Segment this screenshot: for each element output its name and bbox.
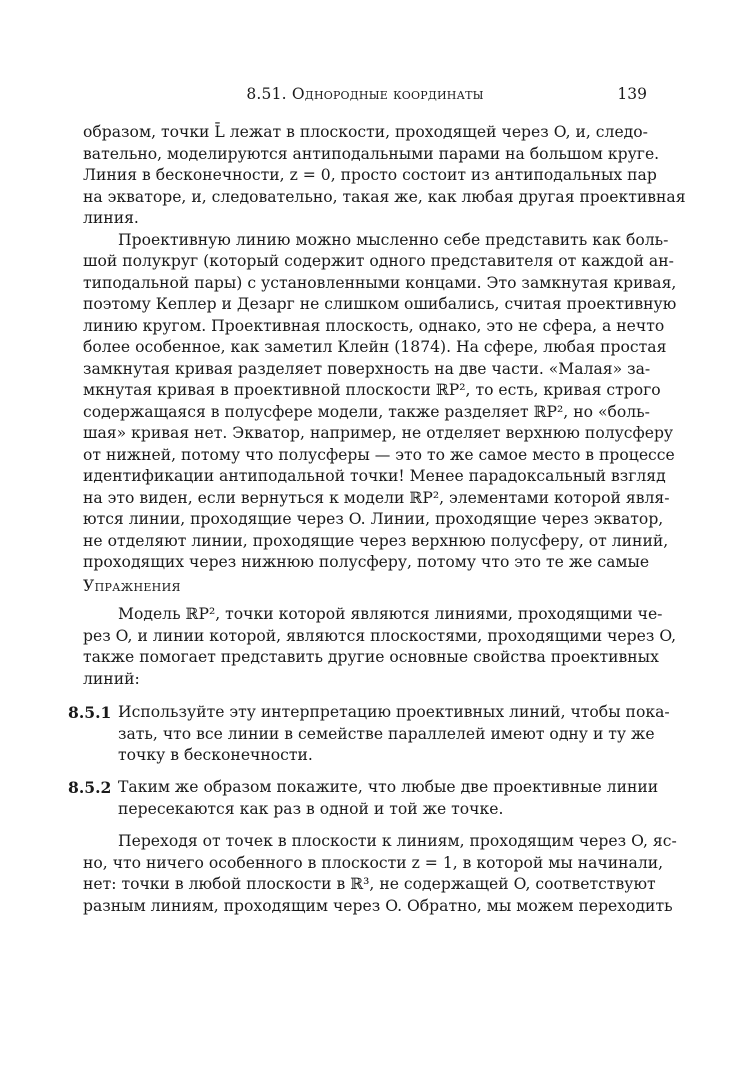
text-line: не отделяют линии, проходящие через верх… xyxy=(83,531,647,553)
page-number: 139 xyxy=(617,85,647,103)
text-line: ются линии, проходящие через O. Линии, п… xyxy=(83,509,647,531)
text-line: мкнутая кривая в проективной плоскости ℝ… xyxy=(83,380,647,402)
text-line: типодальной пары) с установленными конца… xyxy=(83,273,647,295)
running-header: 8.51. Однородные координаты 139 xyxy=(83,85,647,107)
text-line: нет: точки в любой плоскости в ℝ³, не со… xyxy=(83,874,647,896)
exercise-number: 8.5.2 xyxy=(68,777,111,799)
text-line: Модель ℝP², точки которой являются линия… xyxy=(118,604,647,626)
text-line: зать, что все линии в семействе параллел… xyxy=(118,724,647,746)
text-line: линий: xyxy=(83,669,647,691)
text-line: вательно, моделируются антиподальными па… xyxy=(83,144,647,166)
text-line: на это виден, если вернуться к модели ℝP… xyxy=(83,488,647,510)
text-line: шой полукруг (который содержит одного пр… xyxy=(83,251,647,273)
text-line: линию кругом. Проективная плоскость, одн… xyxy=(83,316,647,338)
text-line: содержащаяся в полусфере модели, также р… xyxy=(83,402,647,424)
text-line: разным линиям, проходящим через O. Обрат… xyxy=(83,896,647,918)
text-line: но, что ничего особенного в плоскости z … xyxy=(83,853,647,875)
section-title: 8.51. Однородные координаты xyxy=(83,85,647,103)
text-line: рез O, и линии которой, являются плоскос… xyxy=(83,626,647,648)
text-line: Используйте эту интерпретацию проективны… xyxy=(118,702,647,724)
text-line-italic-term: Линия в бесконечности, z = 0, просто сос… xyxy=(83,165,647,187)
text-line: на экваторе, и, следовательно, такая же,… xyxy=(83,187,647,209)
text-line: точку в бесконечности. xyxy=(118,745,647,767)
text-line: идентификации антиподальной точки! Менее… xyxy=(83,466,647,488)
text-line: также помогает представить другие основн… xyxy=(83,647,647,669)
text-line: замкнутая кривая разделяет поверхность н… xyxy=(83,359,647,381)
text-line: пересекаются как раз в одной и той же то… xyxy=(118,799,647,821)
text-line: шая» кривая нет. Экватор, например, не о… xyxy=(83,423,647,445)
section-heading: Упражнения xyxy=(83,577,181,595)
text-line: более особенное, как заметил Клейн (1874… xyxy=(83,337,647,359)
text-line: от нижней, потому что полусферы — это то… xyxy=(83,445,647,467)
text-line: Проективную линию можно мысленно себе пр… xyxy=(118,230,647,252)
text-line: линия. xyxy=(83,208,647,230)
text-line: образом, точки L̄ лежат в плоскости, про… xyxy=(83,122,647,144)
text-line: проходящих через нижнюю полусферу, потом… xyxy=(83,552,647,574)
text-line: Таким же образом покажите, что любые две… xyxy=(118,777,647,799)
book-page: 8.51. Однородные координаты 139 образом,… xyxy=(0,0,730,1066)
exercise-number: 8.5.1 xyxy=(68,702,111,724)
text-line: поэтому Кеплер и Дезарг не слишком ошиба… xyxy=(83,294,647,316)
text-line: Переходя от точек в плоскости к линиям, … xyxy=(118,831,647,853)
